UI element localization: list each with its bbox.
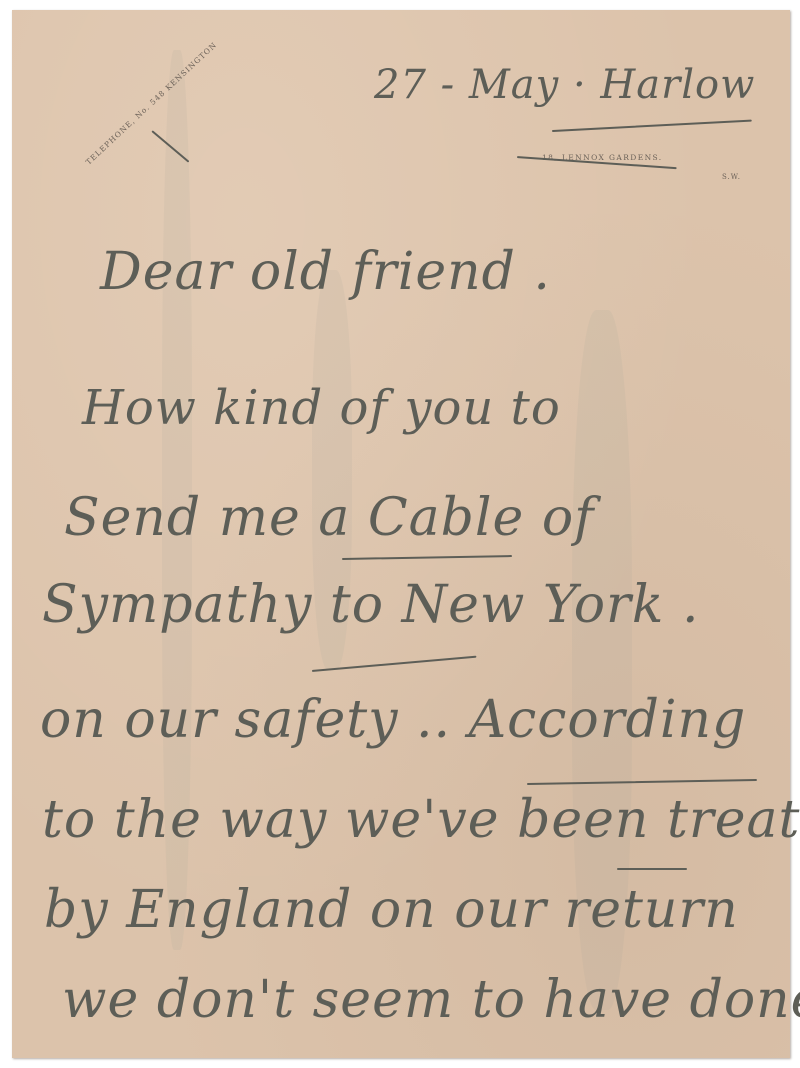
body-line: Sympathy to New York .	[42, 575, 699, 635]
body-line: to the way we've been treated	[42, 790, 800, 850]
t-cross-stroke	[617, 868, 687, 870]
body-line: on our safety .. According	[40, 690, 746, 750]
letterhead-telephone: TELEPHONE, No. 548 KENSINGTON	[84, 40, 219, 166]
body-line: Send me a Cable of	[64, 488, 594, 548]
date-underline	[552, 120, 752, 132]
letter-paper: TELEPHONE, No. 548 KENSINGTON 18, LENNOX…	[12, 10, 790, 1058]
t-cross-stroke	[342, 555, 512, 560]
body-line: by England on our return	[44, 880, 739, 940]
date-line: 27 - May · Harlow	[374, 62, 755, 108]
body-line: How kind of you to	[82, 380, 561, 436]
t-cross-stroke	[527, 779, 757, 785]
salutation: Dear old friend .	[100, 242, 551, 302]
letterhead-district: S.W.	[722, 173, 741, 181]
body-line: we don't seem to have done	[62, 970, 800, 1030]
